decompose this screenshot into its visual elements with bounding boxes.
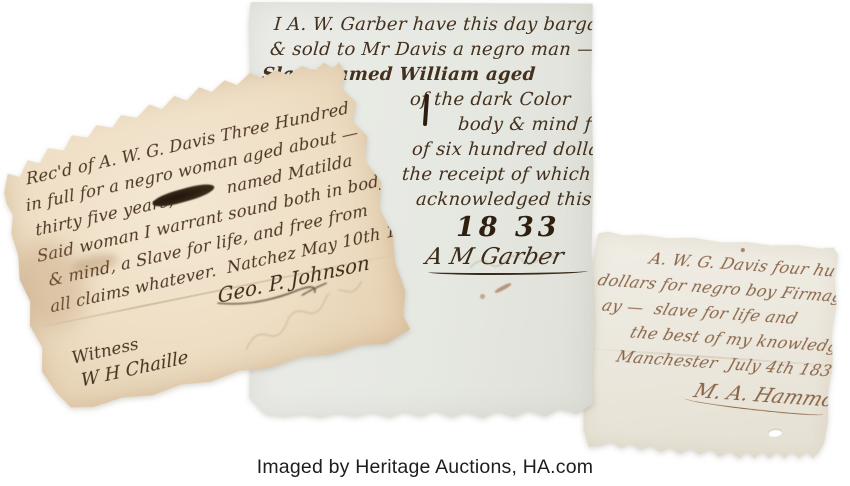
paper-right: A. W. G. Davis four hundred dollars for … bbox=[579, 230, 842, 465]
ink-spot bbox=[480, 294, 485, 299]
year-1833: 18 33 bbox=[456, 214, 586, 242]
ink-smudge bbox=[494, 282, 512, 294]
auction-photograph: A. W. G. Davis four hundred dollars for … bbox=[0, 0, 850, 486]
punch-hole bbox=[768, 428, 783, 437]
image-credit-caption: Imaged by Heritage Auctions, HA.com bbox=[0, 456, 850, 479]
manuscript-line: I A. W. Garber have this day bargained bbox=[259, 12, 587, 37]
document-right-1834-receipt: A. W. G. Davis four hundred dollars for … bbox=[579, 230, 842, 465]
signature-garber: A M Garber bbox=[423, 244, 589, 270]
